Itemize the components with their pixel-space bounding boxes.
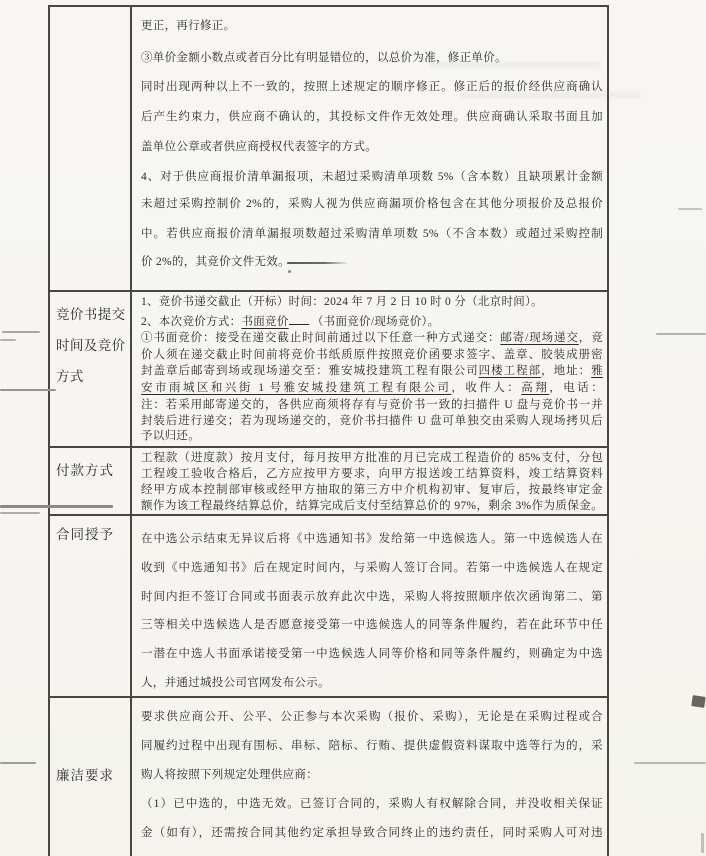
payment-line: 经甲方成本控制部审核或经甲方抽取的第三方中介机构初审、复审后，按最终审定金 — [141, 483, 603, 499]
submission-line6-mid1: ，收件人： — [451, 382, 521, 394]
payment-line: 额作为该工程最终结算总价，结算完成后支付至结算总价的 97%，剩余 3%作为质保… — [141, 499, 603, 515]
submission-line: 安市雨城区和兴街 1 号雅安城投建筑工程有限公司，收件人：高翔，电话：18180… — [141, 381, 603, 397]
scan-artifact — [678, 208, 702, 210]
correction-line: 盖单位公章或者供应商授权代表签字的方式。 — [141, 140, 603, 156]
underline-extension — [289, 313, 309, 325]
submission-line: 价人须在递交截止时间前将竞价书纸质原件按照竞价函要求签字、盖章、胶装成册密 — [141, 348, 603, 364]
correction-line: 中。若供应商报价清单漏报项数超过采购清单项数 5%（不含本数）或超过采购控制 — [141, 227, 603, 243]
scan-artifact — [2, 331, 40, 333]
submission-line: 予以归还。 — [141, 429, 603, 445]
award-line: 收到《中选通知书》后在规定时间内，与采购人签订合同。若第一中选候选人在规定 — [141, 561, 603, 577]
submission-line3-prefix: ①书面竞价：接受在递交截止时间前通过以下任意一种方式递交： — [141, 332, 500, 344]
scan-smudge — [691, 695, 705, 708]
row-label-award: 合同授予 — [56, 527, 128, 544]
submission-line: 2、本次竞价方式：书面竞价 （书面竞价/现场竞价）。 — [141, 313, 603, 329]
submission-line6-mid2: ，电话： — [549, 382, 603, 394]
scan-artifact — [634, 762, 706, 764]
correction-line: 后产生约束力，供应商不确认的，其投标文件作无效处理。供应商确认采取书面且加 — [141, 110, 603, 126]
integrity-line: 要求供应商公开、公平、公正参与本次采购（报价、采购），无论是在采购过程或合 — [141, 710, 603, 726]
integrity-line: 购人将按照下列规定处理供应商： — [141, 768, 603, 784]
table-border-row-payment — [48, 446, 609, 448]
address-value-start: 雅 — [591, 365, 603, 377]
award-line: 三等相关中选候选人是否愿意接受第一中选候选人的同等条件履约，若在此环节中任 — [141, 618, 603, 634]
payment-line: 工程竣工验收合格后，乙方应按甲方要求，向甲方报送竣工结算资料，竣工结算资料 — [141, 467, 603, 483]
row-label-submission-line2: 时间及竞价 — [56, 338, 128, 355]
scan-artifact — [0, 339, 16, 341]
award-line: 一潜在中选人书面承诺接受第一中选候选人同等价格和同等条件履约，则确定为中选 — [141, 647, 603, 663]
pen-stroke — [287, 262, 349, 264]
award-line: 人，并通过城投公司官网发布公示。 — [141, 676, 603, 692]
correction-line: 4、对于供应商报价清单漏报项，未超过采购清单项数 5%（含本数）且缺项累计金额 — [141, 170, 603, 186]
payment-line: 工程款（进度款）按月支付，每月按甲方批准的月已完成工程造价的 85%支付，分包 — [141, 451, 603, 467]
scan-smudge — [701, 833, 704, 853]
scan-artifact — [0, 512, 40, 514]
correction-line: 更正，再行修正。 — [141, 19, 603, 35]
delivery-department-value: 四楼工程部 — [479, 365, 542, 377]
award-line: 在中选公示结束无异议后将《中选通知书》发给第一中选候选人。第一中选候选人在 — [141, 532, 603, 548]
submission-line3-suffix: ，竞 — [579, 332, 603, 344]
recipient-name-value: 高翔 — [521, 382, 549, 394]
scan-artifact — [0, 762, 36, 764]
integrity-line: （1）已中选的，中选无效。已签订合同的，采购人有权解除合同，并没收相关保证 — [141, 797, 603, 813]
award-line: 时间内拒不签订合同或书面表示放弃此次中选，采购人将按照顺序依次函询第二、第 — [141, 590, 603, 606]
table-border-left — [48, 5, 50, 856]
correction-line: 未超过采购控制价 2%的，采购人视为供应商漏项价格包含在其他分项报价及总报价 — [141, 197, 603, 213]
submission-line5-prefix: 封盖章后邮寄到场或现场递交至：雅安城投建筑工程有限公司 — [141, 365, 479, 377]
submission-line2-suffix: （书面竞价/现场竞价）。 — [312, 316, 440, 328]
submission-line: 封盖章后邮寄到场或现场递交至：雅安城投建筑工程有限公司四楼工程部，地址：雅 — [141, 364, 603, 380]
submission-line: ①书面竞价：接受在递交截止时间前通过以下任意一种方式递交：邮寄/现场递交，竞 — [141, 331, 603, 347]
submission-line: 封装后进行递交；若为现场递交的，竞价书扫描件 U 盘可单独交由采购人现场拷贝后 — [141, 414, 603, 430]
row-label-integrity: 廉洁要求 — [56, 768, 128, 785]
pen-dot — [288, 270, 291, 273]
submission-line: 注：若采用邮寄递交的，各供应商须将存有与竞价书一致的扫描件 U 盘与竞价书一并 — [141, 398, 603, 414]
correction-line: 价 2%的，其竞价文件无效。 — [141, 255, 603, 271]
submission-line: 1、竞价书递交截止（开标）时间：2024 年 7 月 2 日 10 时 0 分（… — [141, 295, 603, 311]
address-value: 安市雨城区和兴街 1 号雅安城投建筑工程有限公司 — [141, 382, 451, 394]
integrity-line: 同履约过程中出现有围标、串标、陪标、行贿、提供虚假资料谋取中选等行为的，采 — [141, 739, 603, 755]
scanned-document-page: { "colors": { "paper": "#f6f5f1", "ink":… — [0, 0, 706, 856]
scan-artifact — [0, 389, 56, 391]
delivery-method-value: 邮寄/现场递交 — [500, 332, 578, 344]
scan-artifact — [656, 333, 706, 335]
bleedthrough-ghost — [460, 92, 640, 98]
table-border-top — [48, 5, 609, 7]
table-border-row-integrity — [48, 696, 609, 698]
row-label-payment: 付款方式 — [56, 463, 128, 480]
table-border-right — [607, 5, 609, 856]
table-border-row-submission — [48, 290, 609, 292]
scan-artifact — [0, 505, 113, 508]
bleedthrough-ghost — [430, 62, 600, 68]
table-column-divider — [130, 5, 132, 856]
submission-line5-mid: ，地址： — [541, 365, 591, 377]
integrity-line: 金（如有），还需按合同其他约定承担导致合同终止的违约责任，同时采购人可对违 — [141, 826, 603, 842]
row-label-submission-line1: 竞价书提交 — [56, 307, 128, 324]
row-label-submission-line3: 方式 — [56, 369, 128, 386]
bid-method-value: 书面竞价 — [241, 316, 288, 328]
phone-number-value: 18180008214 — [141, 396, 208, 397]
submission-line2-prefix: 2、本次竞价方式： — [141, 316, 241, 328]
submission-line6-suffix: 。 — [208, 396, 603, 397]
